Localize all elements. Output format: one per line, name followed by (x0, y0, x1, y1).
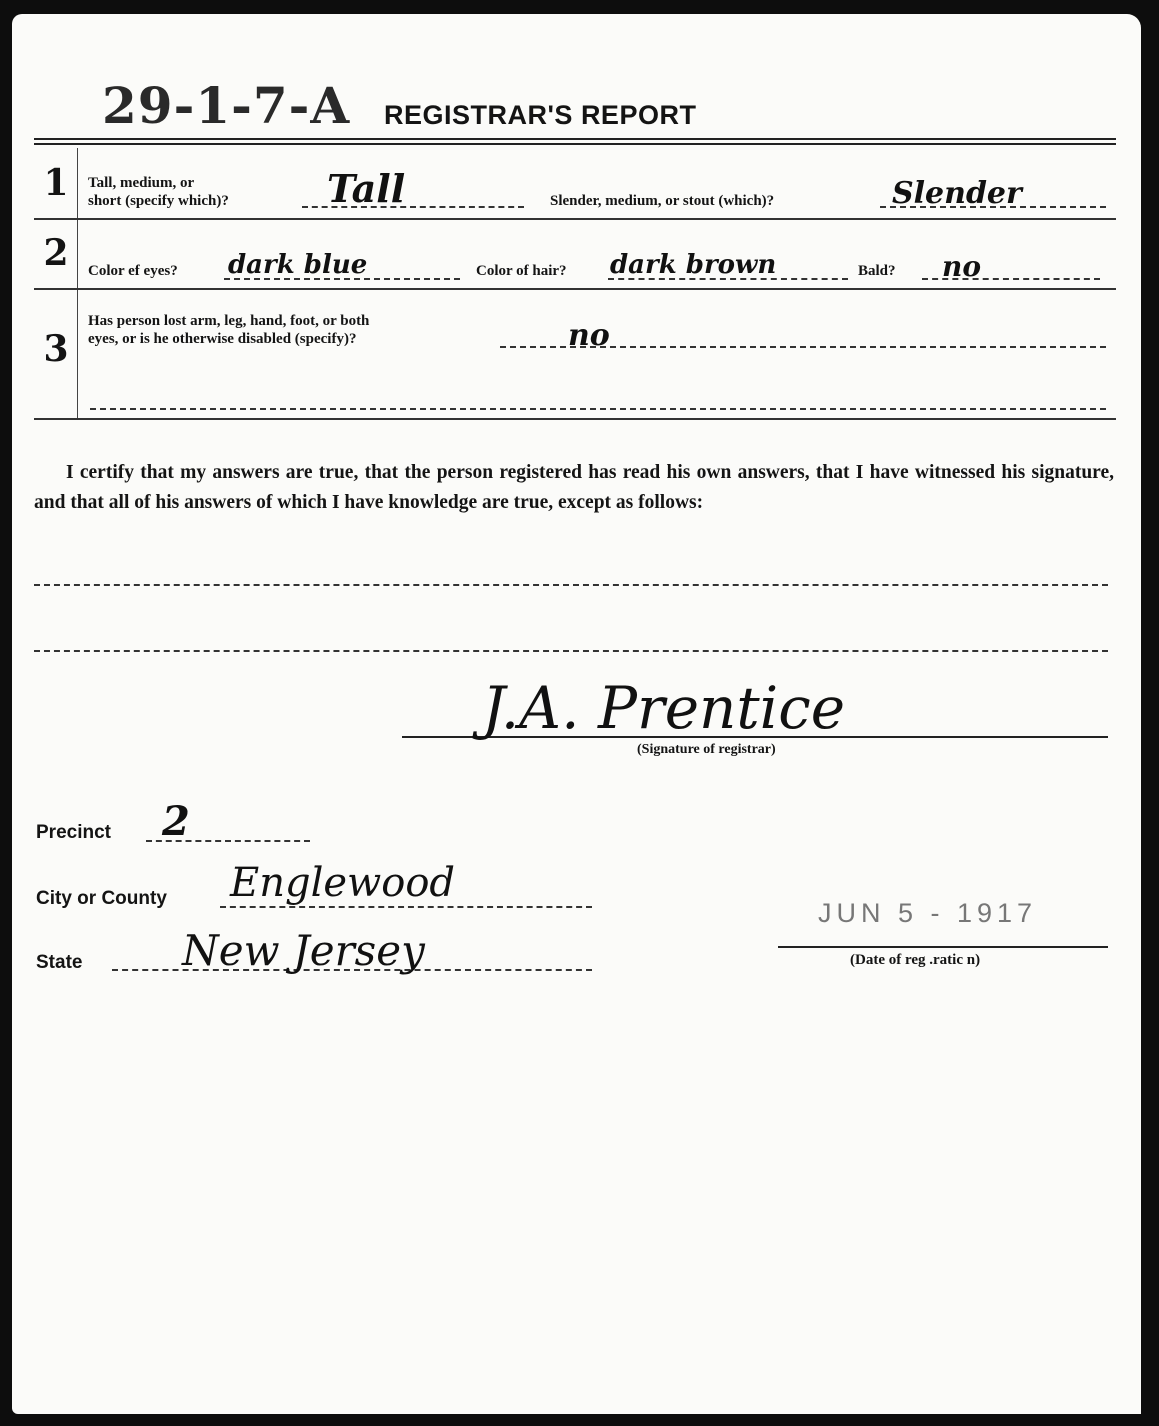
registrar-signature[interactable]: J.A. Prentice (482, 674, 845, 742)
city-value[interactable]: Englewood (230, 860, 455, 906)
row-number-3: 3 (36, 328, 76, 370)
disability-label-line1: Has person lost arm, leg, hand, foot, or… (88, 312, 369, 330)
city-label: City or County (36, 888, 167, 910)
signature-caption: (Signature of registrar) (637, 742, 776, 758)
eye-color-label: Color ef eyes? (88, 262, 178, 280)
exceptions-line-2[interactable] (34, 650, 1108, 652)
registration-date-caption: (Date of reg .ratic n) (850, 952, 980, 969)
precinct-label: Precinct (36, 822, 111, 844)
certification-text: I certify that my answers are true, that… (34, 458, 1114, 518)
height-label-line2: short (specify which)? (88, 192, 229, 210)
row-divider-vertical (77, 290, 78, 420)
row-divider (34, 288, 1116, 290)
hair-color-value[interactable]: dark brown (610, 250, 776, 280)
row-divider (34, 218, 1116, 220)
build-label: Slender, medium, or stout (which)? (550, 192, 774, 210)
build-value[interactable]: Slender (892, 176, 1022, 211)
bald-value[interactable]: no (942, 250, 981, 283)
state-value[interactable]: New Jersey (182, 926, 425, 975)
height-value[interactable]: Tall (327, 166, 405, 211)
row-number-1: 1 (36, 162, 76, 204)
registration-date-line (778, 946, 1108, 948)
row-divider-vertical (77, 148, 78, 220)
row-divider-vertical (77, 220, 78, 288)
header-divider (34, 138, 1116, 145)
disability-label-line2: eyes, or is he otherwise disabled (speci… (88, 330, 356, 348)
bald-label: Bald? (858, 262, 896, 280)
height-label-line1: Tall, medium, or (88, 174, 194, 192)
city-field-line (220, 906, 592, 908)
hair-color-label: Color of hair? (476, 262, 567, 280)
page-title: REGISTRAR'S REPORT (384, 100, 696, 131)
disability-value[interactable]: no (568, 318, 610, 353)
registration-date-stamp: JUN 5 - 1917 (818, 898, 1037, 929)
eye-color-value[interactable]: dark blue (228, 250, 367, 280)
row-number-2: 2 (36, 232, 76, 274)
exceptions-line-1[interactable] (34, 584, 1108, 586)
disability-field-line-2 (90, 408, 1106, 410)
precinct-value[interactable]: 2 (162, 798, 190, 845)
state-label: State (36, 952, 82, 974)
serial-number: 29-1-7-A (102, 76, 350, 135)
row-divider (34, 418, 1116, 420)
registrar-report-card: 29-1-7-A REGISTRAR'S REPORT 1 Tall, medi… (12, 14, 1141, 1414)
